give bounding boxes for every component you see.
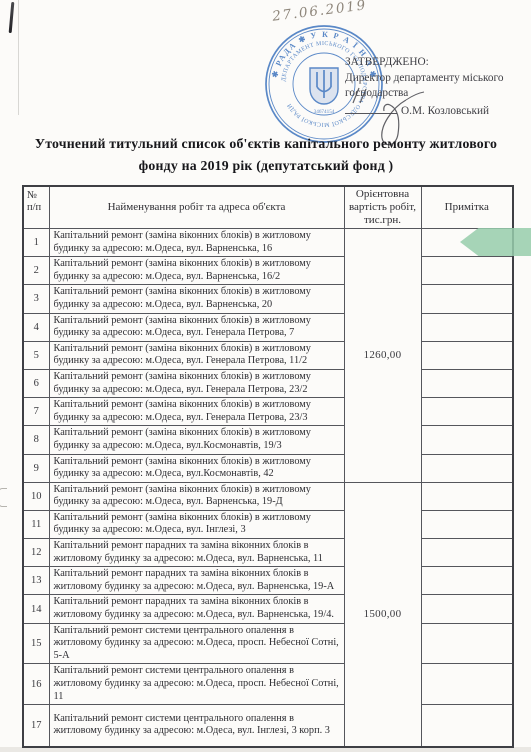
work-description-cell: Капітальний ремонт (заміна віконних блок…: [49, 313, 344, 341]
table-row: 9Капітальний ремонт (заміна віконних бло…: [23, 454, 513, 482]
note-cell: [421, 623, 513, 664]
note-cell: [421, 510, 513, 538]
work-description-cell: Капітальний ремонт (заміна віконних блок…: [49, 398, 344, 426]
title-line: фонду на 2019 рік (депутатський фонд ): [22, 155, 510, 177]
table-body: 1Капітальний ремонт (заміна віконних бло…: [23, 229, 513, 747]
work-description-cell: Капітальний ремонт парадних та заміна ві…: [49, 567, 344, 595]
row-number-cell: 9: [23, 454, 49, 482]
scan-edge-artifact: [0, 747, 531, 752]
table-row: 7Капітальний ремонт (заміна віконних бло…: [23, 398, 513, 426]
table-row: 16Капітальний ремонт системи центральног…: [23, 664, 513, 705]
row-number-cell: 8: [23, 426, 49, 454]
work-description-cell: Капітальний ремонт парадних та заміна ві…: [49, 595, 344, 623]
table-row: 12Капітальний ремонт парадних та заміна …: [23, 539, 513, 567]
trident-icon: [310, 68, 338, 104]
note-cell: [421, 454, 513, 482]
work-description-cell: Капітальний ремонт системи центрального …: [49, 664, 344, 705]
header-cost: Орієнтовна вартість робіт, тис.грн.: [344, 186, 421, 229]
table-row: 13Капітальний ремонт парадних та заміна …: [23, 567, 513, 595]
table-row: 2Капітальний ремонт (заміна віконних бло…: [23, 257, 513, 285]
note-cell: [421, 539, 513, 567]
note-cell: [421, 482, 513, 510]
scan-edge-artifact: [18, 0, 19, 115]
note-cell: [421, 567, 513, 595]
work-description-cell: Капітальний ремонт (заміна віконних блок…: [49, 369, 344, 397]
note-cell: [421, 595, 513, 623]
note-cell: [421, 313, 513, 341]
header-row-number: № п/п: [23, 186, 49, 229]
work-description-cell: Капітальний ремонт парадних та заміна ві…: [49, 539, 344, 567]
table-row: 1Капітальний ремонт (заміна віконних бло…: [23, 229, 513, 257]
row-number-cell: 16: [23, 664, 49, 705]
row-number-cell: 7: [23, 398, 49, 426]
note-cell: [421, 257, 513, 285]
table-row: 4Капітальний ремонт (заміна віконних бло…: [23, 313, 513, 341]
pen-mark-artifact: [9, 2, 15, 33]
title-line: Уточнений титульний список об'єктів капі…: [22, 133, 510, 155]
row-number-cell: 17: [23, 705, 49, 747]
row-number-cell: 11: [23, 510, 49, 538]
table-row: 3Капітальний ремонт (заміна віконних бло…: [23, 285, 513, 313]
header-note: Примітка: [421, 186, 513, 229]
work-description-cell: Капітальний ремонт системи центрального …: [49, 705, 344, 747]
table-row: 8Капітальний ремонт (заміна віконних бло…: [23, 426, 513, 454]
cost-cell: 1260,00: [344, 229, 421, 483]
note-cell: [421, 369, 513, 397]
table-row: 15Капітальний ремонт системи центральног…: [23, 623, 513, 664]
work-description-cell: Капітальний ремонт (заміна віконних блок…: [49, 229, 344, 257]
work-description-cell: Капітальний ремонт системи центрального …: [49, 623, 344, 664]
row-number-cell: 4: [23, 313, 49, 341]
row-number-cell: 15: [23, 623, 49, 664]
row-number-cell: 14: [23, 595, 49, 623]
header-work-name: Найменування робіт та адреса об'єкта: [49, 186, 344, 229]
document-title: Уточнений титульний список об'єктів капі…: [22, 133, 510, 176]
cost-cell: 1500,00: [344, 482, 421, 747]
note-cell: [421, 426, 513, 454]
work-description-cell: Капітальний ремонт (заміна віконних блок…: [49, 482, 344, 510]
row-number-cell: 12: [23, 539, 49, 567]
table-row: 11Капітальний ремонт (заміна віконних бл…: [23, 510, 513, 538]
work-description-cell: Капітальний ремонт (заміна віконних блок…: [49, 426, 344, 454]
work-description-cell: Капітальний ремонт (заміна віконних блок…: [49, 341, 344, 369]
work-description-cell: Капітальний ремонт (заміна віконних блок…: [49, 510, 344, 538]
scan-edge-artifact: [0, 488, 7, 507]
row-number-cell: 10: [23, 482, 49, 510]
table-row: 5Капітальний ремонт (заміна віконних бло…: [23, 341, 513, 369]
note-cell: [421, 705, 513, 747]
row-number-cell: 13: [23, 567, 49, 595]
work-description-cell: Капітальний ремонт (заміна віконних блок…: [49, 454, 344, 482]
note-cell: [421, 398, 513, 426]
stamp-code: 34674154: [314, 109, 335, 115]
note-cell: [421, 285, 513, 313]
row-number-cell: 2: [23, 257, 49, 285]
approval-heading: ЗАТВЕРДЖЕНО:: [345, 55, 504, 71]
row-number-cell: 5: [23, 341, 49, 369]
note-cell: [421, 341, 513, 369]
table-row: 6Капітальний ремонт (заміна віконних бло…: [23, 369, 513, 397]
works-table: № п/п Найменування робіт та адреса об'єк…: [22, 185, 514, 748]
table-row: 10Капітальний ремонт (заміна віконних бл…: [23, 482, 513, 510]
work-description-cell: Капітальний ремонт (заміна віконних блок…: [49, 285, 344, 313]
note-cell: [421, 664, 513, 705]
table-row: 17Капітальний ремонт системи центральног…: [23, 705, 513, 747]
row-number-cell: 3: [23, 285, 49, 313]
row-number-cell: 1: [23, 229, 49, 257]
row-number-cell: 6: [23, 369, 49, 397]
work-description-cell: Капітальний ремонт (заміна віконних блок…: [49, 257, 344, 285]
table-header-row: № п/п Найменування робіт та адреса об'єк…: [23, 186, 513, 229]
scanned-document-page: 27.06.2019 ✱ РАДА ✱ У К Р А Ї Н А ✱ ДЕПА…: [0, 0, 531, 752]
table-row: 14Капітальний ремонт парадних та заміна …: [23, 595, 513, 623]
